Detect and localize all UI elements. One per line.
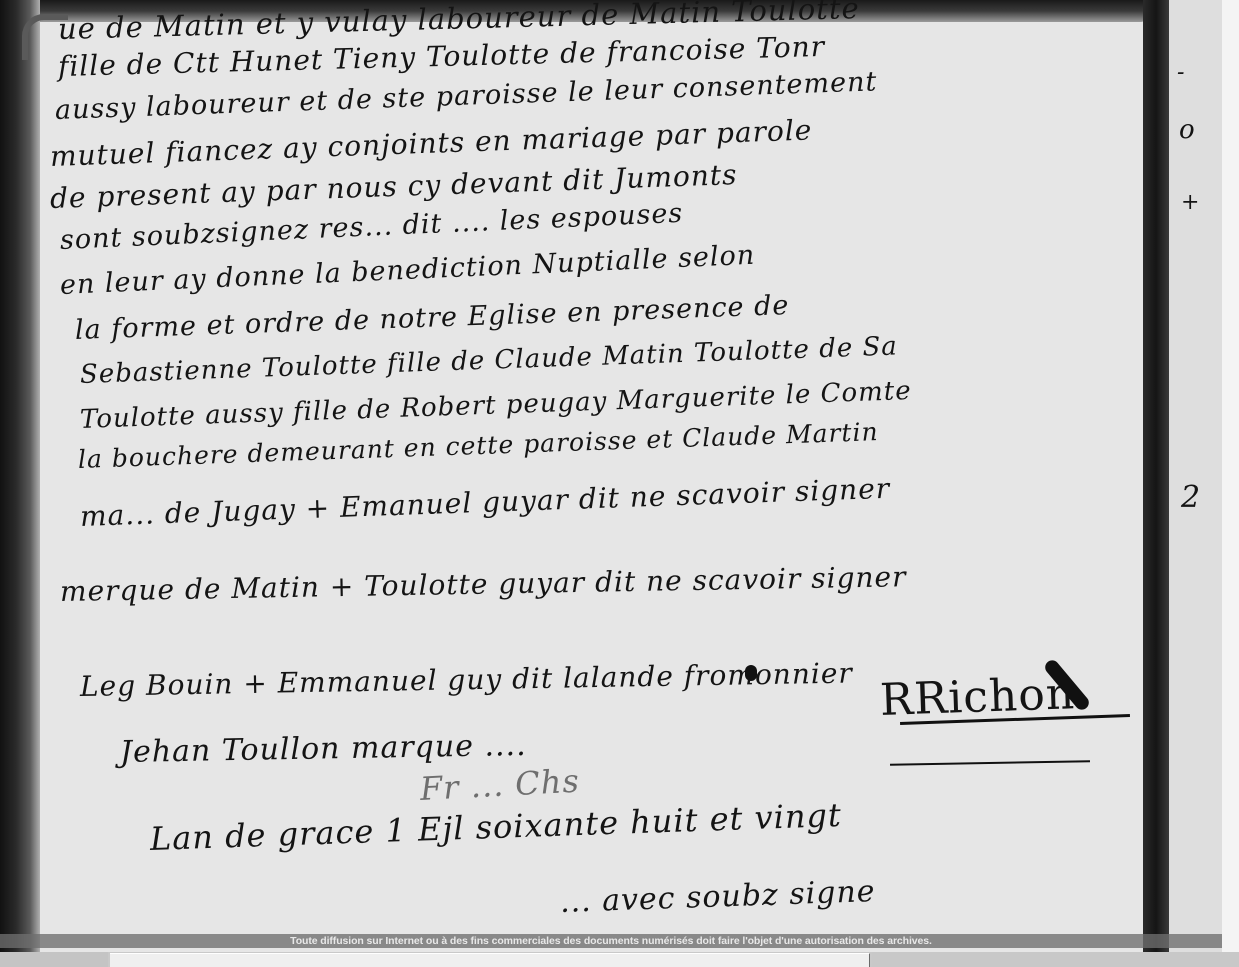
manuscript-line: la forme et ordre de notre Eglise en pre…: [74, 290, 789, 346]
copyright-watermark-banner: Toute diffusion sur Internet ou à des fi…: [0, 934, 1222, 948]
facing-page-edge: - o + 2: [1169, 0, 1222, 952]
viewer-background: [1222, 0, 1239, 952]
margin-mark: +: [1181, 190, 1200, 215]
footer-left-panel: [0, 952, 108, 967]
margin-mark: 2: [1181, 480, 1201, 515]
faint-signature: Fr ... Chs: [419, 762, 581, 808]
manuscript-line: Jehan Toullon marque ....: [120, 728, 527, 770]
footer-field[interactable]: [110, 953, 870, 967]
footer-right-panel: [872, 952, 1239, 967]
manuscript-line: ma... de Jugay + Emanuel guyar dit ne sc…: [79, 472, 890, 533]
book-spine: [1143, 0, 1169, 952]
binding-edge-left: [0, 0, 40, 952]
scanned-manuscript-image[interactable]: ue de Matin et y vulay laboureur de Mati…: [0, 0, 1222, 952]
document-viewer: ue de Matin et y vulay laboureur de Mati…: [0, 0, 1239, 967]
manuscript-line: Lan de grace 1 Ejl soixante huit et ving…: [149, 796, 842, 858]
margin-mark: -: [1177, 60, 1185, 85]
ink-dot: [745, 665, 757, 681]
rule-line: [890, 760, 1090, 765]
manuscript-line: Leg Bouin + Emmanuel guy dit lalande fro…: [80, 657, 853, 703]
margin-mark: o: [1179, 115, 1196, 145]
viewer-footer-bar: [0, 952, 1239, 967]
manuscript-line: merque de Matin + Toulotte guyar dit ne …: [60, 560, 907, 608]
manuscript-line: ... avec soubz signe: [559, 874, 876, 920]
